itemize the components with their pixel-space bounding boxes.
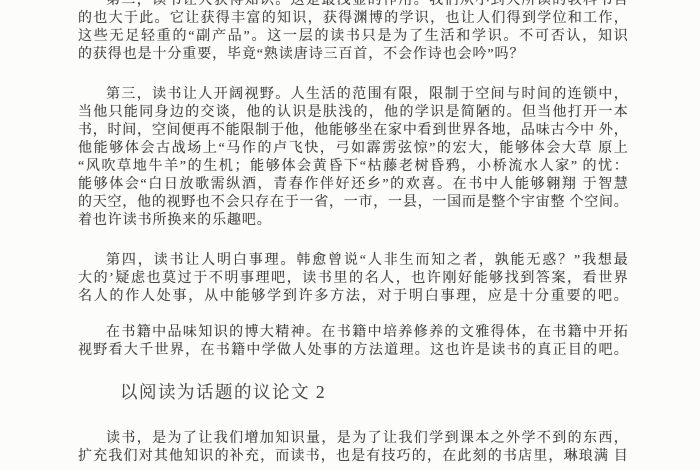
paragraph-essay2-intro: 读书，是为了让我们增加知识量，是为了让我们学到课本之外学不到的东西， 扩充我们对… <box>78 430 628 466</box>
text-line: 第二，读书让人获得知识。这是最浅显的作用。我们从小到大所读的教科书目 <box>78 0 628 10</box>
text-line: 的获得也是十分重要，毕竟“熟读唐诗三百首，不会作诗也会吟”吗？ <box>78 46 628 64</box>
text-line: 的天空，他的视野也不会只存在于一省，一市，一县，一国而是整个宇宙整 个空间。 <box>78 194 628 212</box>
text-line: 名人的作人处事，从中能够学到许多方法，对于明白事理，应是十分重要的吧。 <box>78 288 628 306</box>
text-line: 的也大于此。它让获得丰富的知识，获得渊博的学识，也让人们得到学位和工作， <box>78 10 628 28</box>
paragraph-knowledge: 第二，读书让人获得知识。这是最浅显的作用。我们从小到大所读的教科书目 的也大于此… <box>78 0 628 64</box>
text-line: 他能够体会古战场上“马作的卢飞快，弓如霹雳弦惊”的宏大，能够体会大草 原上 <box>78 140 628 158</box>
text-line: 着也许读书所换来的乐趣吧。 <box>78 212 628 230</box>
text-line: 大的’疑虑也莫过于不明事理吧，读书里的名人，也许刚好能够找到答案，看世界 <box>78 270 628 288</box>
text-line: “风吹草地牛羊”的生机；能够体会黄昏下“枯藤老树昏鸦，小桥流水人家” 的忧： <box>78 158 628 176</box>
text-line: 书，时间，空间便再不能限制于他，他能够坐在家中看到世界各地，品味古今中 外， <box>78 122 628 140</box>
text-line: 第三，读书让人开阔视野。人生活的范围有限，限制于空间与时间的连锁中， <box>78 86 628 104</box>
text-line: 视野看大千世界，在书籍中学做人处事的方法道理。这也许是读书的真正目的吧。 <box>78 342 628 360</box>
document-text-block: 第二，读书让人获得知识。这是最浅显的作用。我们从小到大所读的教科书目 的也大于此… <box>78 0 628 466</box>
section-heading: 以阅读为话题的议论文 2 <box>120 380 628 404</box>
text-line: 扩充我们对其他知识的补充，而读书，也是有技巧的，在此刻的书店里，琳琅满 目 <box>78 448 628 466</box>
text-line: 第四，读书让人明白事理。韩愈曾说“人非生而知之者，孰能无惑？”我想最 <box>78 252 628 270</box>
text-line: 当他只能同身边的交谈，他的认识是肤浅的，他的学识是简陋的。但当他打开一本 <box>78 104 628 122</box>
paragraph-summary: 在书籍中品味知识的博大精神。在书籍中培养修养的文雅得体，在书籍中开拓 视野看大千… <box>78 324 628 360</box>
paragraph-horizons: 第三，读书让人开阔视野。人生活的范围有限，限制于空间与时间的连锁中， 当他只能同… <box>78 86 628 230</box>
text-line: 读书，是为了让我们增加知识量，是为了让我们学到课本之外学不到的东西， <box>78 430 628 448</box>
text-line: 这些无足轻重的“副产品”。这一层的读书只是为了生活和学识。不可否认，知识 <box>78 28 628 46</box>
paragraph-reason: 第四，读书让人明白事理。韩愈曾说“人非生而知之者，孰能无惑？”我想最 大的’疑虑… <box>78 252 628 306</box>
scanned-document-page: 第二，读书让人获得知识。这是最浅显的作用。我们从小到大所读的教科书目 的也大于此… <box>0 0 700 470</box>
text-line: 在书籍中品味知识的博大精神。在书籍中培养修养的文雅得体，在书籍中开拓 <box>78 324 628 342</box>
text-line: 能够体会“白日放歌需纵酒，青春作伴好还乡”的欢喜。在书中人能够翱翔 于智慧 <box>78 176 628 194</box>
